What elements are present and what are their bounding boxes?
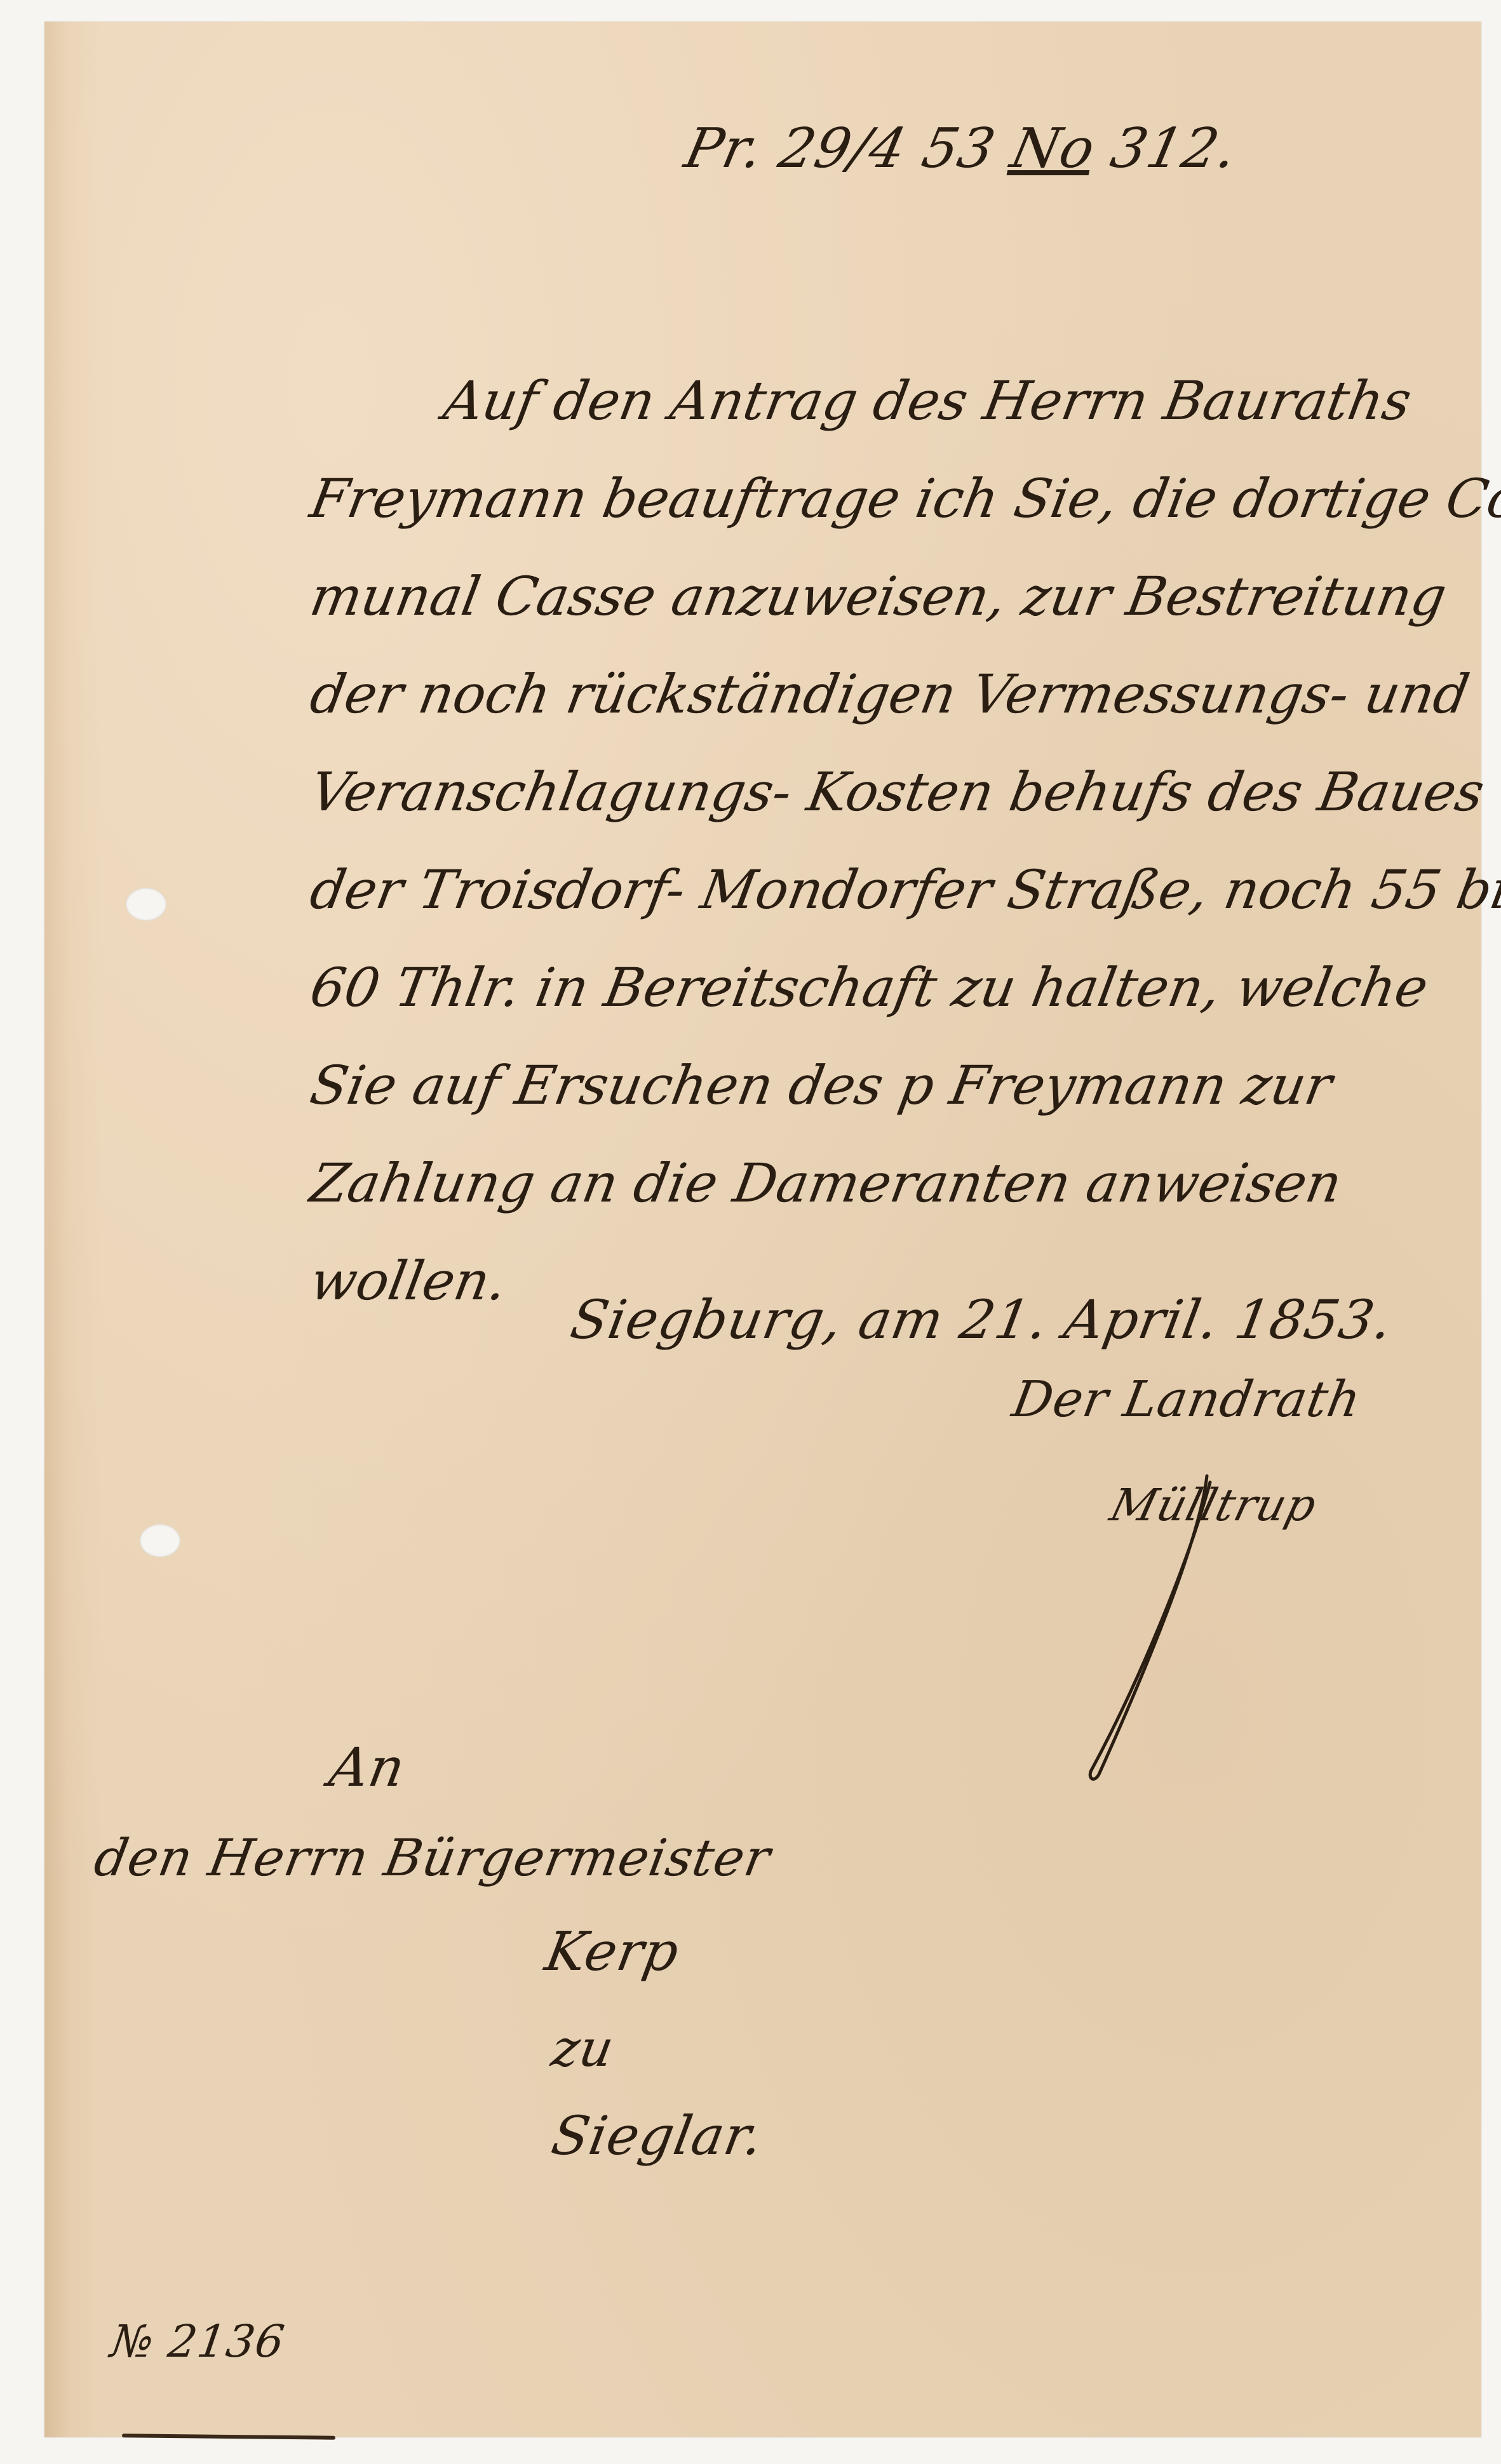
address-an: An [325, 1736, 410, 1798]
signature-title: Der Landrath [1008, 1371, 1365, 1428]
place-and-date: Siegburg, am 21. April. 1853. [566, 1289, 1397, 1351]
punch-hole-bottom [140, 1524, 180, 1557]
reference-value: 312. [1105, 117, 1243, 180]
archive-number: № 2136 [107, 2315, 288, 2367]
punch-hole-top [126, 888, 166, 921]
body-line: munal Casse anzuweisen, zur Bestreitung [302, 547, 1501, 645]
reference-no-label: No [1006, 117, 1101, 180]
address-recipient: den Herrn Bürgermeister [90, 1828, 775, 1887]
body-line: der noch rückständigen Vermessungs- und [302, 645, 1501, 743]
document-page: Pr. 29/4 53 No 312. Auf den Antrag des H… [44, 22, 1481, 2437]
body-line: Freymann beauftrage ich Sie, die dortige… [302, 450, 1501, 547]
address-name: Kerp [541, 1920, 683, 1983]
reference-prefix: Pr. [679, 117, 769, 180]
body-line: der Troisdorf- Mondorfer Straße, noch 55… [302, 841, 1501, 939]
body-line: Zahlung an die Dameranten anweisen [302, 1134, 1501, 1232]
archive-number-underline [122, 2434, 335, 2440]
body-line: Veranschlagungs- Kosten behufs des Baues [302, 743, 1501, 841]
body-line: 60 Thlr. in Bereitschaft zu halten, welc… [302, 939, 1501, 1036]
letter-body: Auf den Antrag des Herrn Bauraths Freyma… [311, 352, 1501, 1330]
signature-flourish-icon [1080, 1457, 1220, 1787]
body-line: Sie auf Ersuchen des p Freymann zur [302, 1036, 1501, 1134]
address-place: Sieglar. [547, 2105, 768, 2167]
body-line: Auf den Antrag des Herrn Bauraths [302, 352, 1501, 450]
reference-number: Pr. 29/4 53 No 312. [679, 117, 1243, 180]
reference-date: 29/4 53 [774, 117, 1001, 180]
address-zu: zu [548, 2019, 619, 2078]
